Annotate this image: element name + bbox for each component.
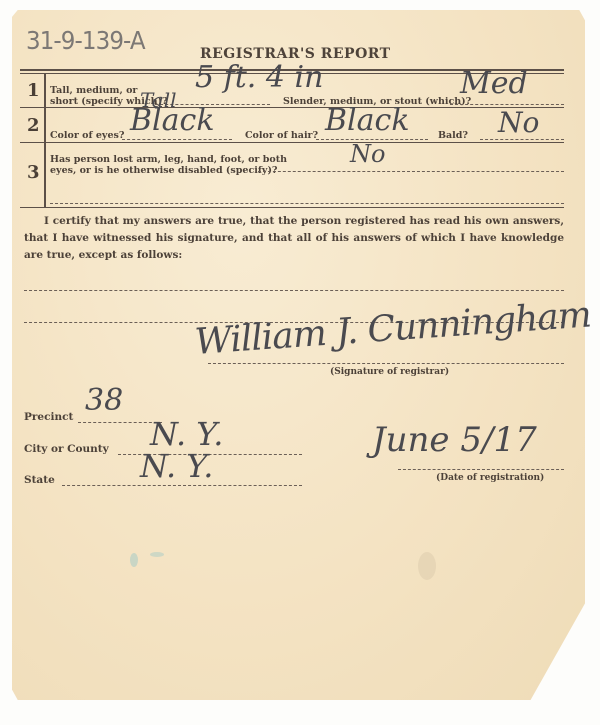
city-label: City or County <box>24 443 109 455</box>
row-divider-2 <box>20 142 564 143</box>
height-handwritten: 5 ft. 4 in <box>195 60 323 95</box>
date-line <box>398 469 564 470</box>
hair-label: Color of hair? <box>245 130 318 141</box>
state-line <box>62 485 302 486</box>
disability-answer-line-2 <box>50 203 564 204</box>
number-column-divider <box>44 73 46 207</box>
disability-answer-line-1 <box>258 171 564 172</box>
signature-caption: (Signature of registrar) <box>330 367 449 377</box>
bald-label: Bald? <box>438 130 468 141</box>
state-label: State <box>24 474 55 486</box>
eyes-answer-line <box>122 139 232 140</box>
faint-stain <box>418 552 436 580</box>
eyes-answer: Black <box>130 103 215 138</box>
ink-speck <box>130 553 138 567</box>
bald-answer: No <box>498 106 539 139</box>
row-number-3: 3 <box>27 162 40 183</box>
precinct-value: 38 <box>85 383 123 418</box>
disability-answer: No <box>350 140 385 168</box>
build-answer-line <box>450 104 564 105</box>
build-answer: Med <box>460 66 528 101</box>
precinct-label: Precinct <box>24 411 73 423</box>
eyes-label: Color of eyes? <box>50 130 124 141</box>
row-number-1: 1 <box>27 80 40 101</box>
hair-answer: Black <box>325 103 410 138</box>
certification-text: I certify that my answers are true, that… <box>24 213 564 264</box>
bald-answer-line <box>480 139 564 140</box>
serial-stamp: 31-9-139-A <box>26 26 145 55</box>
date-caption: (Date of registration) <box>436 473 544 483</box>
registration-date-value: June 5/17 <box>372 420 537 460</box>
row-number-2: 2 <box>27 115 40 136</box>
state-value: N. Y. <box>140 447 213 485</box>
signature-line <box>208 363 564 364</box>
row-divider-1 <box>20 107 564 108</box>
disability-label: Has person lost arm, leg, hand, foot, or… <box>50 154 287 176</box>
exceptions-line-1 <box>24 290 564 291</box>
ink-speck <box>150 552 164 557</box>
table-bottom-rule <box>20 207 564 208</box>
